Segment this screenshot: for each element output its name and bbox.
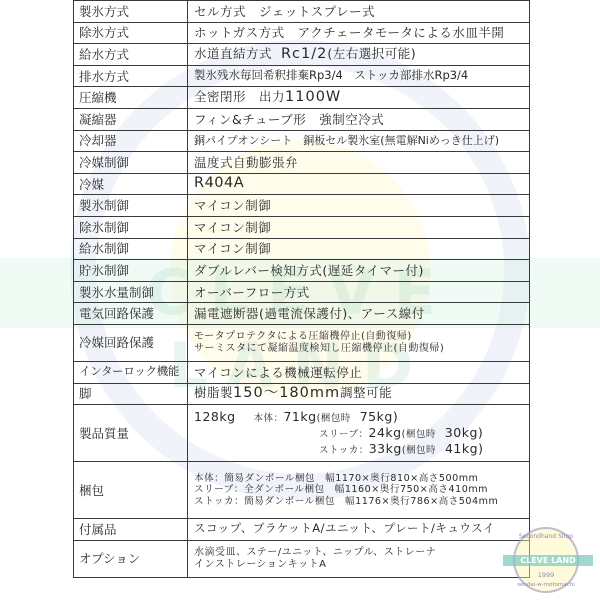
row-value: 製氷残水毎回希釈排棄Rp3/4 ストッカ部排水Rp3/4 — [188, 65, 530, 87]
row-value: オーバーフロー方式 — [188, 281, 530, 303]
row-label: インターロック機能 — [74, 361, 188, 383]
row-label: 製品質量 — [74, 405, 188, 462]
table-row: オプション 水滴受皿、ステー/ユニット、ニップル、ストレーナ インストレーション… — [74, 540, 530, 577]
stamp-top-text: Secondhand Shop — [515, 533, 577, 540]
table-row: 貯氷制御 ダブルレバー検知方式(遅延タイマー付) — [74, 260, 530, 282]
row-value: マイコン制御 — [188, 195, 530, 217]
row-label: 脚 — [74, 383, 188, 405]
total-mass: 128kg — [194, 409, 236, 424]
value-code: Rc1/2 — [281, 46, 327, 62]
row-value: R404A — [188, 173, 530, 195]
mass-line-stocker: ストッカ：33kg(梱包時 41kg) — [194, 441, 523, 457]
row-value: 樹脂製150〜180mm調整可能 — [188, 383, 530, 405]
row-value: ホットガス方式 アクチェータモータによる水皿半開 — [188, 22, 530, 44]
table-row: インターロック機能 マイコンによる機械運転停止 — [74, 361, 530, 383]
packed-label: (梱包時 — [402, 445, 436, 456]
mass-line-main: 128kg 本体：71kg(梱包時 75kg) — [194, 409, 523, 425]
packed-weight: 75kg) — [360, 409, 398, 424]
row-label: 電気回路保護 — [74, 303, 188, 325]
row-label: 貯氷制御 — [74, 260, 188, 282]
row-value: マイコンによる機械運転停止 — [188, 361, 530, 383]
value-main: 樹脂製 — [194, 385, 233, 400]
part-name: 本体： — [253, 413, 283, 424]
packed-label: (梱包時 — [402, 429, 436, 440]
table-row: 付属品 スコップ、ブラケットA/ユニット、プレート/キュウスイ — [74, 519, 530, 541]
value-line: ストッカ：簡易ダンボール梱包 幅1176×奥行786×高さ504mm — [194, 496, 523, 508]
row-label: オプション — [74, 540, 188, 577]
packed-label: (梱包時 — [317, 413, 351, 424]
table-row: 冷媒 R404A — [74, 173, 530, 195]
row-value: モータプロテクタによる圧縮機停止(自動復帰) サーミスタにて凝縮温度検知し圧縮機… — [188, 324, 530, 361]
row-value: 本体：簡易ダンボール梱包 幅1170×奥行810×高さ500mm スリーブ：全ダ… — [188, 462, 530, 519]
row-label: 冷媒 — [74, 173, 188, 195]
row-label: 付属品 — [74, 519, 188, 541]
row-value: ダブルレバー検知方式(遅延タイマー付) — [188, 260, 530, 282]
stamp-band-text: CLEVE LAND — [503, 555, 593, 566]
row-value: マイコン制御 — [188, 238, 530, 260]
table-row: 給水方式 水道直結方式 Rc1/2(左右選択可能) — [74, 44, 530, 66]
value-line: インストレーションキットA — [194, 559, 523, 571]
table-row: 製氷方式 セル方式 ジェットスプレー式 — [74, 1, 530, 23]
value-power: 1100W — [285, 89, 341, 105]
table-row: 圧縮機 全密閉形 出力1100W — [74, 87, 530, 109]
row-label: 排水方式 — [74, 65, 188, 87]
row-value: セル方式 ジェットスプレー式 — [188, 1, 530, 23]
value-range: 150〜180mm — [233, 385, 340, 401]
row-value: 全密閉形 出力1100W — [188, 87, 530, 109]
table-row: 給水制御 マイコン制御 — [74, 238, 530, 260]
row-value: フィン&チューブ形 強制空冷式 — [188, 108, 530, 130]
table-row: 製氷制御 マイコン制御 — [74, 195, 530, 217]
row-value: 漏電遮断器(過電流保護付)、アース線付 — [188, 303, 530, 325]
shop-stamp: Secondhand Shop CLEVE LAND 1999 sendai-w… — [513, 527, 579, 593]
value-main: 水道直結方式 — [194, 46, 272, 61]
row-value: 銅パイプオンシート 銅板セル製氷室(無電解Niめっき仕上げ) — [188, 130, 530, 152]
spec-table: 製氷方式 セル方式 ジェットスプレー式 除氷方式 ホットガス方式 アクチェータモ… — [73, 0, 530, 578]
value-line: モータプロテクタによる圧縮機停止(自動復帰) — [194, 331, 523, 343]
value-tail: 調整可能 — [340, 385, 392, 400]
row-label: 製氷方式 — [74, 1, 188, 23]
table-row: 製品質量 128kg 本体：71kg(梱包時 75kg) スリーブ：24kg(梱… — [74, 405, 530, 462]
table-row: 冷媒制御 温度式自動膨張弁 — [74, 152, 530, 174]
table-row: 製氷水量制御 オーバーフロー方式 — [74, 281, 530, 303]
value-main: 全密閉形 出力 — [194, 89, 285, 104]
value-line: サーミスタにて凝縮温度検知し圧縮機停止(自動復帰) — [194, 343, 523, 355]
row-value: 128kg 本体：71kg(梱包時 75kg) スリーブ：24kg(梱包時 30… — [188, 405, 530, 462]
row-value: マイコン制御 — [188, 216, 530, 238]
table-row: 排水方式 製氷残水毎回希釈排棄Rp3/4 ストッカ部排水Rp3/4 — [74, 65, 530, 87]
row-label: 製氷制御 — [74, 195, 188, 217]
part-weight: 71kg — [283, 409, 316, 424]
row-label: 除氷制御 — [74, 216, 188, 238]
table-row: 冷却器 銅パイプオンシート 銅板セル製氷室(無電解Niめっき仕上げ) — [74, 130, 530, 152]
row-label: 凝縮器 — [74, 108, 188, 130]
value-tail: (左右選択可能) — [327, 46, 416, 61]
row-label: 梱包 — [74, 462, 188, 519]
row-label: 給水方式 — [74, 44, 188, 66]
row-value: 温度式自動膨張弁 — [188, 152, 530, 174]
part-weight: 33kg — [369, 441, 402, 456]
mass-line-sleeve: スリーブ：24kg(梱包時 30kg) — [194, 425, 523, 441]
table-row: 冷媒回路保護 モータプロテクタによる圧縮機停止(自動復帰) サーミスタにて凝縮温… — [74, 324, 530, 361]
row-label: 冷却器 — [74, 130, 188, 152]
value-line: 本体：簡易ダンボール梱包 幅1170×奥行810×高さ500mm — [194, 473, 523, 485]
row-value: スコップ、ブラケットA/ユニット、プレート/キュウスイ — [188, 519, 530, 541]
table-row: 電気回路保護 漏電遮断器(過電流保護付)、アース線付 — [74, 303, 530, 325]
row-label: 給水制御 — [74, 238, 188, 260]
table-row: 除氷制御 マイコン制御 — [74, 216, 530, 238]
row-label: 冷媒制御 — [74, 152, 188, 174]
table-row: 脚 樹脂製150〜180mm調整可能 — [74, 383, 530, 405]
stamp-year: 1999 — [515, 571, 577, 579]
row-label: 除氷方式 — [74, 22, 188, 44]
row-value: 水滴受皿、ステー/ユニット、ニップル、ストレーナ インストレーションキットA — [188, 540, 530, 577]
table-row: 除氷方式 ホットガス方式 アクチェータモータによる水皿半開 — [74, 22, 530, 44]
part-name: ストッカ： — [319, 445, 369, 456]
part-name: スリーブ： — [319, 429, 369, 440]
row-value: 水道直結方式 Rc1/2(左右選択可能) — [188, 44, 530, 66]
row-label: 冷媒回路保護 — [74, 324, 188, 361]
stamp-bottom-text: sendai-w-motomachi — [515, 582, 577, 588]
row-label: 圧縮機 — [74, 87, 188, 109]
value-line: 水滴受皿、ステー/ユニット、ニップル、ストレーナ — [194, 547, 523, 559]
packed-weight: 41kg) — [445, 441, 483, 456]
value-line: スリーブ：全ダンボール梱包 幅1160×奥行750×高さ410mm — [194, 484, 523, 496]
part-weight: 24kg — [369, 425, 402, 440]
table-row: 凝縮器 フィン&チューブ形 強制空冷式 — [74, 108, 530, 130]
table-row: 梱包 本体：簡易ダンボール梱包 幅1170×奥行810×高さ500mm スリーブ… — [74, 462, 530, 519]
row-label: 製氷水量制御 — [74, 281, 188, 303]
packed-weight: 30kg) — [445, 425, 483, 440]
